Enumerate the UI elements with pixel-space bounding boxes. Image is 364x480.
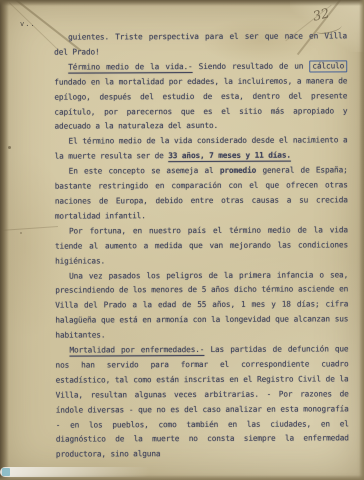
corner-annotation: v.. bbox=[20, 20, 36, 28]
page-edge-right bbox=[359, 0, 364, 480]
typed-text: Las partidas de defunción que nos han se… bbox=[55, 344, 348, 459]
boxed-word: cálculo bbox=[309, 60, 347, 72]
ink-speck bbox=[20, 232, 22, 234]
page-edge-left bbox=[0, 0, 9, 480]
typed-text: guientes. Triste perspectiva para el ser… bbox=[54, 31, 347, 56]
underlined-heading: Término medio de la vida.- bbox=[68, 62, 192, 72]
paragraph: Por fortuna, en nuestro país el término … bbox=[55, 223, 348, 269]
page-edge-top bbox=[0, 0, 364, 6]
bold-text: promedio bbox=[220, 166, 256, 175]
typed-text: Siendo resultado de un bbox=[193, 61, 310, 71]
paragraph: Mortalidad por enfermedades.- Las partid… bbox=[55, 342, 349, 463]
typed-text: Por fortuna, en nuestro país el término … bbox=[55, 225, 348, 265]
scanned-document-page: v.. 32 guientes. Triste perspectiva para… bbox=[0, 0, 364, 480]
scanner-watermark bbox=[0, 467, 150, 477]
paragraph: Término medio de la vida.- Siendo result… bbox=[54, 59, 347, 135]
scanner-watermark-logo-icon bbox=[2, 468, 10, 476]
typed-text: En este concepto se asemeja al bbox=[69, 166, 220, 176]
typed-text: fundado en la mortalidad por edades, la … bbox=[54, 76, 347, 131]
underlined-statistic: 33 años, 7 meses y 11 días. bbox=[168, 151, 291, 161]
typed-text: Una vez pasados los peligros de la prime… bbox=[55, 270, 348, 340]
paragraph: Una vez pasados los peligros de la prime… bbox=[55, 268, 348, 344]
paragraph: El término medio de la vida considerado … bbox=[55, 134, 348, 165]
paragraph: En este concepto se asemeja al promedio … bbox=[55, 164, 348, 225]
underlined-heading: Mortalidad por enfermedades.- bbox=[69, 345, 204, 355]
typewritten-text: guientes. Triste perspectiva para el ser… bbox=[54, 29, 349, 463]
paragraph: guientes. Triste perspectiva para el ser… bbox=[54, 29, 347, 60]
